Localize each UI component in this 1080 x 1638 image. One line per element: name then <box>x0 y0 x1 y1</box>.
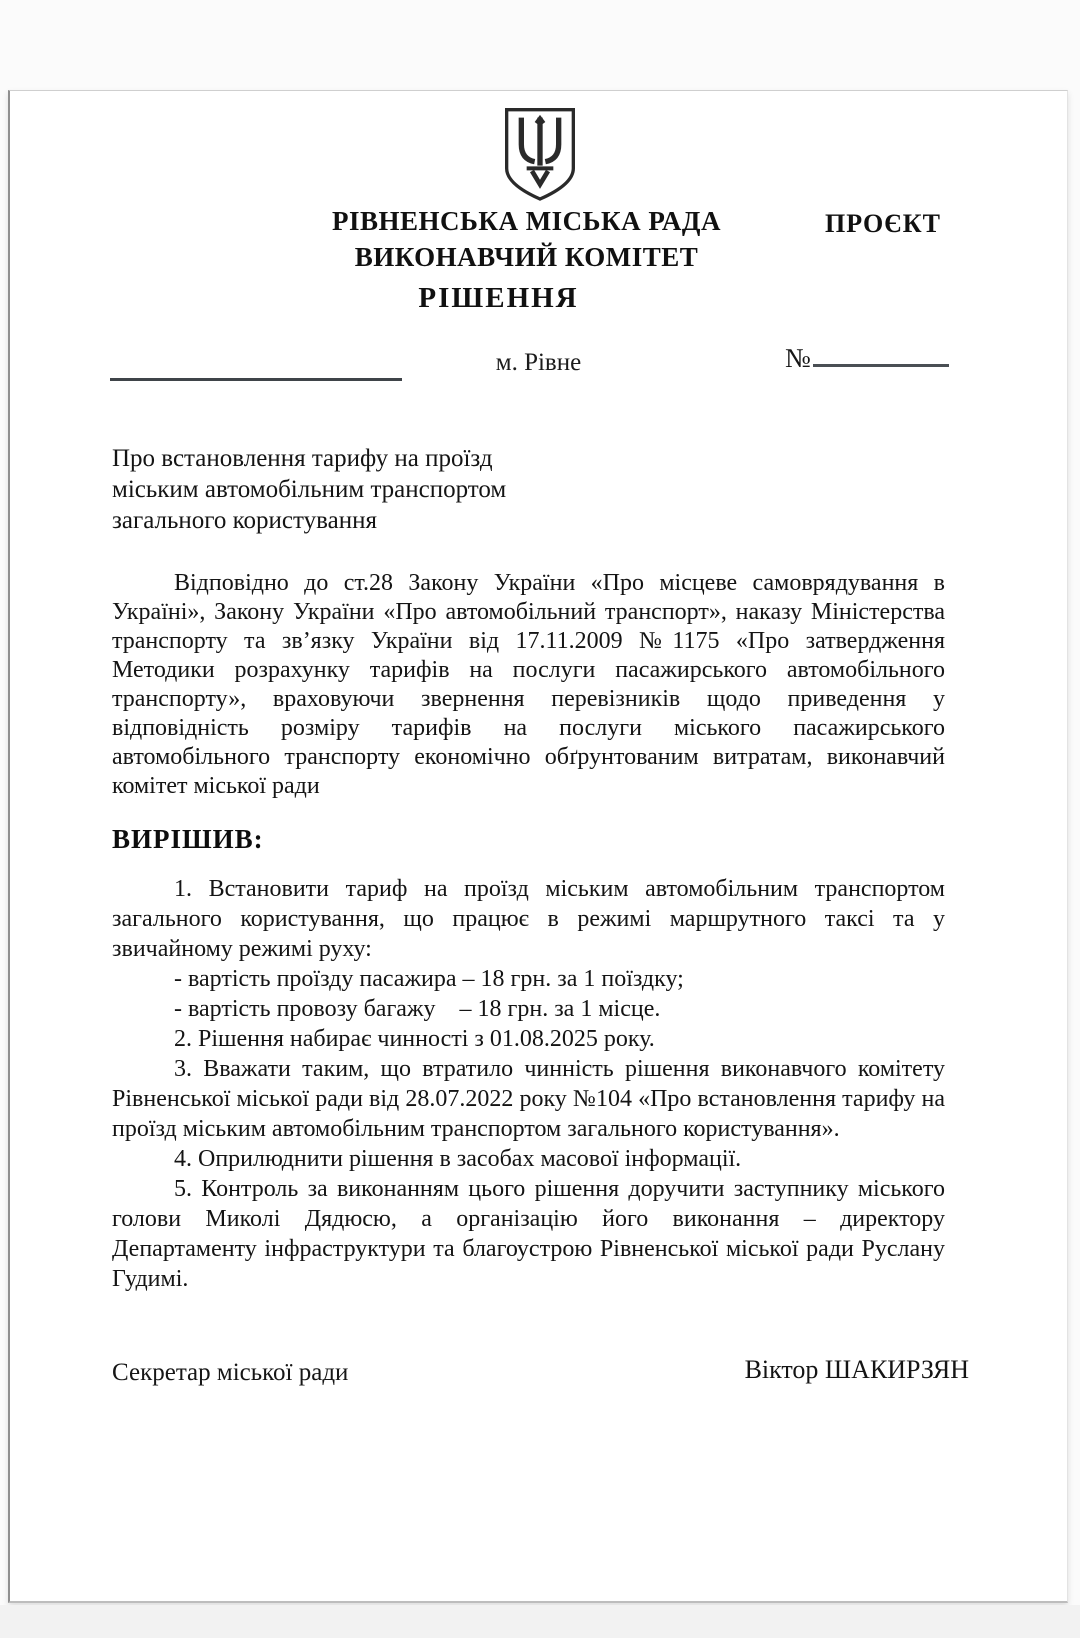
number-placeholder-line <box>813 343 949 367</box>
signature-title: Секретар міської ради <box>112 1359 348 1387</box>
document-type-title: РІШЕННЯ <box>10 282 987 315</box>
number-label: № <box>785 343 811 373</box>
organization-header: РІВНЕНСЬКА МІСЬКА РАДА ВИКОНАВЧИЙ КОМІТЕ… <box>104 203 949 275</box>
decision-item-2: 2. Рішення набирає чинності з 01.08.2025… <box>112 1024 945 1054</box>
committee-name: ВИКОНАВЧИЙ КОМІТЕТ <box>104 239 949 275</box>
decision-item-4: 4. Оприлюднити рішення в засобах масової… <box>112 1144 945 1174</box>
draft-label: ПРОЄКТ <box>825 209 941 239</box>
document-subject: Про встановлення тарифу на проїзд міськи… <box>112 443 592 536</box>
document-page: РІВНЕНСЬКА МІСЬКА РАДА ВИКОНАВЧИЙ КОМІТЕ… <box>8 90 1068 1603</box>
resolved-heading: ВИРІШИВ: <box>112 824 264 855</box>
scan-background-strip <box>0 1605 1080 1638</box>
decision-item-5: 5. Контроль за виконанням цього рішення … <box>112 1174 945 1294</box>
signatory-name: Віктор ШАКИРЗЯН <box>745 1355 969 1385</box>
preamble-paragraph: Відповідно до ст.28 Закону України «Про … <box>112 569 945 801</box>
decision-item-1-bullet-luggage: - вартість провозу багажу – 18 грн. за 1… <box>112 994 945 1024</box>
decision-item-1-bullet-fare: - вартість проїзду пасажира – 18 грн. за… <box>112 964 945 994</box>
decision-item-1: 1. Встановити тариф на проїзд міським ав… <box>112 874 945 964</box>
council-name: РІВНЕНСЬКА МІСЬКА РАДА <box>104 203 949 239</box>
scanned-document: РІВНЕНСЬКА МІСЬКА РАДА ВИКОНАВЧИЙ КОМІТЕ… <box>0 0 1080 1638</box>
decision-items: 1. Встановити тариф на проїзд міським ав… <box>112 874 945 1294</box>
document-number: № <box>785 343 949 374</box>
decision-item-3: 3. Вважати таким, що втратило чинність р… <box>112 1054 945 1144</box>
coat-of-arms-icon <box>498 107 582 203</box>
